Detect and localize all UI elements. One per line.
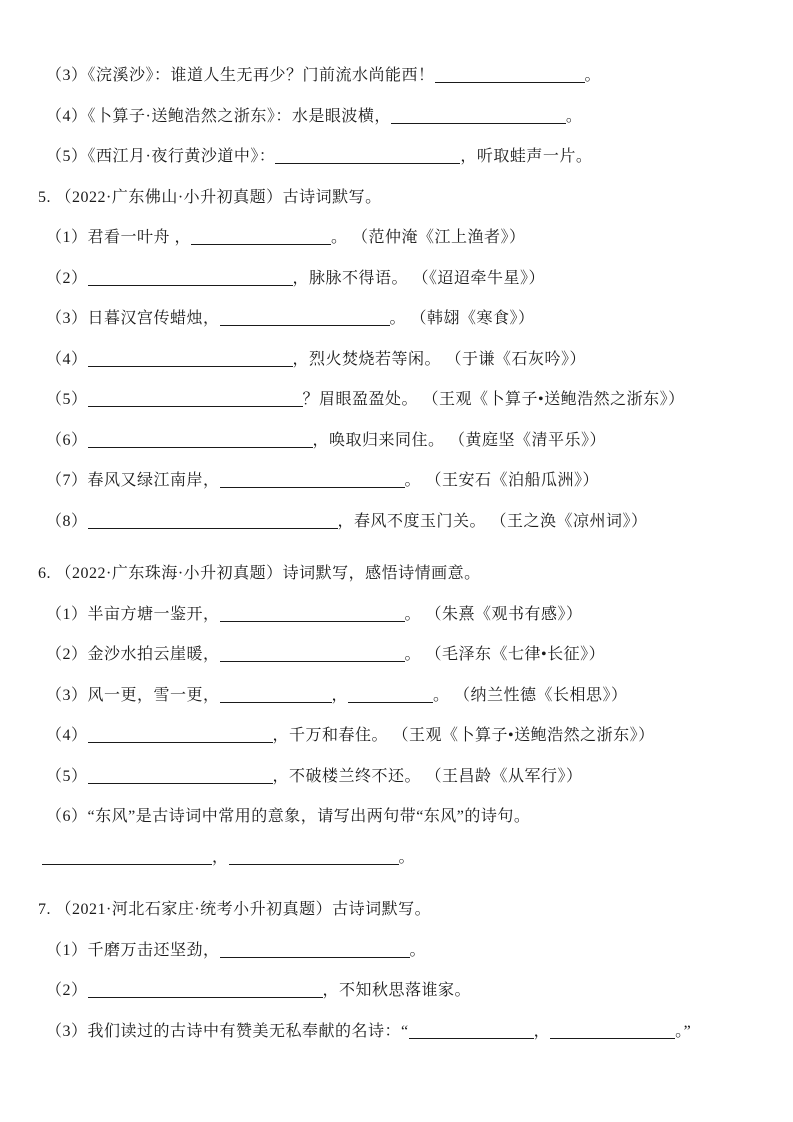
question-text: ，脉脉不得语。 （《迢迢牵牛星》）	[293, 270, 546, 287]
question-line: （2）金沙水拍云崖暖，。 （毛泽东《七律•长征》）	[0, 635, 793, 676]
question-text: （3）风一更，雪一更，	[46, 687, 220, 704]
question-section: 6. （2022·广东珠海·小升初真题）诗词默写，感悟诗情画意。（1）半亩方塘一…	[0, 554, 793, 878]
question-text: ，千万和春住。 （王观《卜算子•送鲍浩然之浙东》）	[273, 727, 655, 744]
question-line: （1）半亩方塘一鉴开，。 （朱熹《观书有感》）	[0, 595, 793, 636]
question-text: ，听取蛙声一片。	[460, 148, 592, 165]
answer-blank	[88, 512, 338, 529]
answer-blank	[435, 66, 585, 83]
question-text: ？眉眼盈盈处。 （王观《卜算子•送鲍浩然之浙东》）	[303, 391, 685, 408]
section-header: 6. （2022·广东珠海·小升初真题）诗词默写，感悟诗情画意。	[0, 554, 793, 595]
question-line: （5）？眉眼盈盈处。 （王观《卜算子•送鲍浩然之浙东》）	[0, 380, 793, 421]
question-text: ，不破楼兰终不还。 （王昌龄《从军行》）	[273, 768, 583, 785]
question-line: （3）《浣溪沙》：谁道人生无再少？门前流水尚能西！。	[0, 56, 793, 97]
question-text: （6）“东风”是古诗词中常用的意象，请写出两句带“东风”的诗句。	[46, 808, 530, 825]
question-text: ，	[534, 1023, 551, 1040]
question-text: 。 （纳兰性德《长相思》）	[433, 687, 628, 704]
question-text: （3）《浣溪沙》：谁道人生无再少？门前流水尚能西！	[46, 67, 435, 84]
question-text: 。	[566, 108, 583, 125]
answer-blank	[220, 686, 332, 703]
question-text: （1）半亩方塘一鉴开，	[46, 606, 220, 623]
question-section: 5. （2022·广东佛山·小升初真题）古诗词默写。（1）君看一叶舟 ，。 （范…	[0, 178, 793, 543]
question-line: （2），脉脉不得语。 （《迢迢牵牛星》）	[0, 259, 793, 300]
question-text: （5）	[46, 768, 88, 785]
answer-blank	[409, 1022, 534, 1039]
question-line: （5），不破楼兰终不还。 （王昌龄《从军行》）	[0, 757, 793, 798]
document-page: （3）《浣溪沙》：谁道人生无再少？门前流水尚能西！。（4）《卜算子·送鲍浩然之浙…	[0, 0, 793, 1122]
answer-blank	[220, 605, 405, 622]
question-text: 。”	[675, 1023, 691, 1040]
question-line: （3）日暮汉宫传蜡烛，。 （韩翃《寒食》）	[0, 299, 793, 340]
answer-blank	[220, 471, 405, 488]
question-text: ，	[212, 849, 229, 866]
answer-blank	[275, 147, 460, 164]
question-text: （4）《卜算子·送鲍浩然之浙东》：水是眼波横，	[46, 108, 391, 125]
question-text: （1）君看一叶舟 ，	[46, 229, 191, 246]
question-line: （5）《西江月·夜行黄沙道中》：，听取蛙声一片。	[0, 137, 793, 178]
question-text: ，唤取归来同住。 （黄庭坚《清平乐》）	[313, 432, 607, 449]
answer-blank	[88, 767, 273, 784]
question-text: 。	[585, 67, 602, 84]
question-section: （3）《浣溪沙》：谁道人生无再少？门前流水尚能西！。（4）《卜算子·送鲍浩然之浙…	[0, 56, 793, 178]
question-text: （4）	[46, 351, 88, 368]
question-line: （7）春风又绿江南岸，。 （王安石《泊船瓜洲》）	[0, 461, 793, 502]
question-section: 7. （2021·河北石家庄·统考小升初真题）古诗词默写。（1）千磨万击还坚劲，…	[0, 890, 793, 1052]
question-text: （1）千磨万击还坚劲，	[46, 942, 220, 959]
question-text: （8）	[46, 513, 88, 530]
question-text: ，	[332, 687, 349, 704]
question-line: （6）“东风”是古诗词中常用的意象，请写出两句带“东风”的诗句。	[0, 797, 793, 838]
answer-blank	[88, 390, 303, 407]
question-text: （2）	[46, 270, 88, 287]
question-line: （4），烈火焚烧若等闲。 （于谦《石灰吟》）	[0, 340, 793, 381]
question-line: （1）千磨万击还坚劲，。	[0, 931, 793, 972]
section-header-text: 7. （2021·河北石家庄·统考小升初真题）古诗词默写。	[38, 901, 431, 918]
answer-blank	[348, 686, 433, 703]
question-text: （4）	[46, 727, 88, 744]
section-header: 5. （2022·广东佛山·小升初真题）古诗词默写。	[0, 178, 793, 219]
answer-blank	[88, 981, 323, 998]
question-text: （2）	[46, 982, 88, 999]
question-text: （7）春风又绿江南岸，	[46, 472, 220, 489]
question-line: （1）君看一叶舟 ，。 （范仲淹《江上渔者》）	[0, 218, 793, 259]
answer-continuation-line: ，。	[0, 838, 793, 879]
question-text: 。 （韩翃《寒食》）	[390, 310, 535, 327]
answer-blank	[220, 645, 405, 662]
question-text: ，春风不度玉门关。 （王之涣《凉州词》）	[338, 513, 648, 530]
question-line: （4）《卜算子·送鲍浩然之浙东》：水是眼波横，。	[0, 97, 793, 138]
section-header-text: 6. （2022·广东珠海·小升初真题）诗词默写，感悟诗情画意。	[38, 565, 481, 582]
answer-blank	[88, 726, 273, 743]
answer-blank	[88, 350, 293, 367]
answer-blank	[220, 941, 410, 958]
answer-blank	[88, 269, 293, 286]
section-header: 7. （2021·河北石家庄·统考小升初真题）古诗词默写。	[0, 890, 793, 931]
question-text: 。 （王安石《泊船瓜洲》）	[405, 472, 600, 489]
question-text: （2）金沙水拍云崖暖，	[46, 646, 220, 663]
question-text: （3）日暮汉宫传蜡烛，	[46, 310, 220, 327]
answer-blank	[391, 107, 566, 124]
question-text: ，不知秋思落谁家。	[323, 982, 472, 999]
question-line: （4），千万和春住。 （王观《卜算子•送鲍浩然之浙东》）	[0, 716, 793, 757]
question-text: 。 （范仲淹《江上渔者》）	[331, 229, 526, 246]
section-header-text: 5. （2022·广东佛山·小升初真题）古诗词默写。	[38, 189, 382, 206]
question-text: （3）我们读过的古诗中有赞美无私奉献的名诗：“	[46, 1023, 409, 1040]
answer-blank	[220, 309, 390, 326]
answer-blank	[42, 848, 212, 865]
question-line: （8），春风不度玉门关。 （王之涣《凉州词》）	[0, 502, 793, 543]
answer-blank	[229, 848, 399, 865]
question-text: 。 （毛泽东《七律•长征》）	[405, 646, 606, 663]
answer-blank	[550, 1022, 675, 1039]
answer-blank	[191, 228, 331, 245]
question-text: ，烈火焚烧若等闲。 （于谦《石灰吟》）	[293, 351, 587, 368]
question-text: （5）《西江月·夜行黄沙道中》：	[46, 148, 275, 165]
question-line: （6），唤取归来同住。 （黄庭坚《清平乐》）	[0, 421, 793, 462]
question-line: （3）风一更，雪一更，，。 （纳兰性德《长相思》）	[0, 676, 793, 717]
question-line: （3）我们读过的古诗中有赞美无私奉献的名诗：“，。”	[0, 1012, 793, 1053]
question-text: （5）	[46, 391, 88, 408]
question-text: 。	[399, 849, 416, 866]
question-text: 。 （朱熹《观书有感》）	[405, 606, 583, 623]
question-text: 。	[410, 942, 427, 959]
answer-blank	[88, 431, 313, 448]
question-text: （6）	[46, 432, 88, 449]
question-line: （2），不知秋思落谁家。	[0, 971, 793, 1012]
